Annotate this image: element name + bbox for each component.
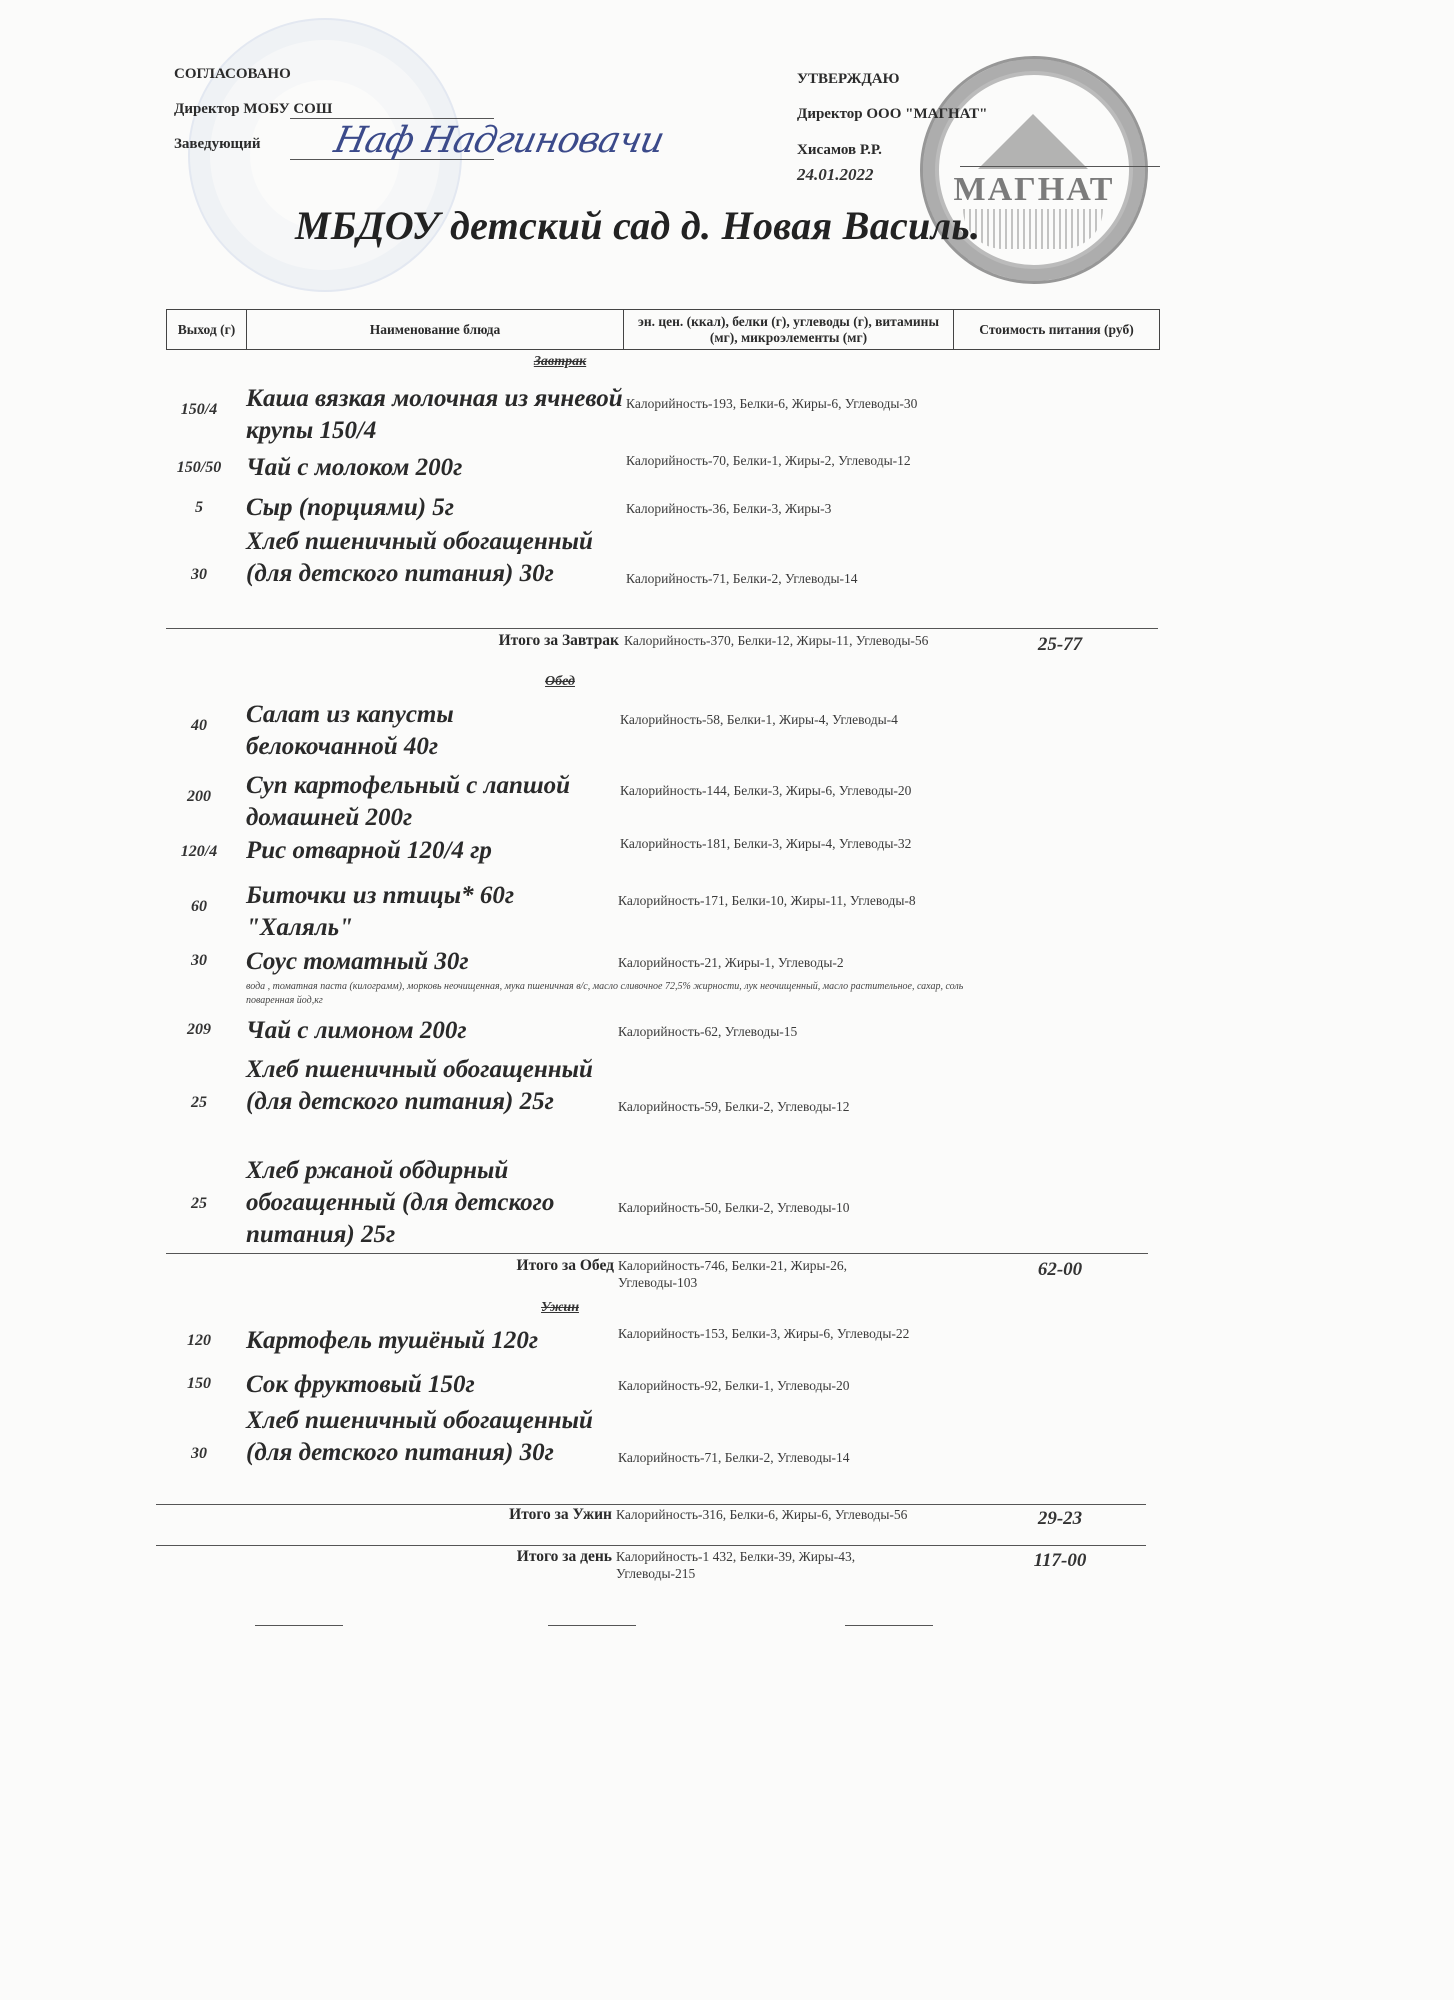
- total-cost: 62-00: [1010, 1259, 1110, 1281]
- total-cost: 29-23: [1010, 1508, 1110, 1530]
- item-composition: вода , томатная паста (килограмм), морко…: [246, 980, 966, 1008]
- item-qty: 5: [166, 499, 232, 517]
- total-label: Итого за Обед: [517, 1257, 614, 1275]
- approval-right-line1: Директор ООО "МАГНАТ": [797, 106, 988, 123]
- mountain-emblem-icon: [978, 114, 1088, 169]
- approval-date: 24.01.2022: [797, 165, 874, 185]
- item-name: Картофель тушёный 120г: [246, 1325, 646, 1357]
- total-nutrition: Калорийность-370, Белки-12, Жиры-11, Угл…: [624, 632, 934, 649]
- item-name: Салат из капусты белокочанной 40г: [246, 699, 606, 763]
- item-qty: 120/4: [166, 843, 232, 861]
- handwritten-signature: Наф Надгиновачи: [331, 120, 668, 161]
- section-divider: [156, 1504, 1146, 1505]
- item-nutrition: Калорийность-62, Углеводы-15: [618, 1023, 918, 1040]
- blank-signature-line: [255, 1625, 343, 1626]
- item-name: Рис отварной 120/4 гр: [246, 835, 646, 867]
- item-nutrition: Калорийность-58, Белки-1, Жиры-4, Углево…: [620, 711, 920, 728]
- item-nutrition: Калорийность-193, Белки-6, Жиры-6, Углев…: [626, 395, 926, 412]
- item-name: Сыр (порциями) 5г: [246, 492, 646, 524]
- item-name: Суп картофельный с лапшой домашней 200г: [246, 770, 616, 834]
- item-qty: 25: [166, 1195, 232, 1213]
- item-nutrition: Калорийность-21, Жиры-1, Углеводы-2: [618, 954, 958, 971]
- section-divider: [166, 1253, 1148, 1254]
- section-divider: [166, 628, 1158, 629]
- item-nutrition: Калорийность-92, Белки-1, Углеводы-20: [618, 1377, 918, 1394]
- item-nutrition: Калорийность-59, Белки-2, Углеводы-12: [618, 1098, 918, 1115]
- column-header-qty: Выход (г): [167, 310, 247, 349]
- total-cost: 117-00: [1010, 1550, 1110, 1572]
- item-qty: 30: [166, 952, 232, 970]
- total-label: Итого за Завтрак: [499, 632, 619, 650]
- item-qty: 150/4: [166, 401, 232, 419]
- item-qty: 60: [166, 898, 232, 916]
- item-name: Хлеб пшеничный обогащенный (для детского…: [246, 526, 606, 590]
- approval-right-heading: УТВЕРЖДАЮ: [797, 71, 900, 88]
- section-lunch: Обед: [500, 674, 620, 690]
- section-dinner: Ужин: [500, 1300, 620, 1316]
- item-nutrition: Калорийность-144, Белки-3, Жиры-6, Углев…: [620, 782, 920, 799]
- item-name: Хлеб пшеничный обогащенный (для детского…: [246, 1405, 606, 1469]
- item-qty: 200: [166, 788, 232, 806]
- item-nutrition: Калорийность-153, Белки-3, Жиры-6, Углев…: [618, 1325, 918, 1342]
- item-nutrition: Калорийность-171, Белки-10, Жиры-11, Угл…: [618, 892, 918, 909]
- item-nutrition: Калорийность-71, Белки-2, Углеводы-14: [618, 1449, 918, 1466]
- item-qty: 25: [166, 1094, 232, 1112]
- item-nutrition: Калорийность-36, Белки-3, Жиры-3: [626, 500, 926, 517]
- blank-signature-line: [548, 1625, 636, 1626]
- page-title: МБДОУ детский сад д. Новая Василь.: [295, 202, 980, 249]
- item-qty: 30: [166, 566, 232, 584]
- stamp-fan-decoration: [963, 209, 1103, 249]
- item-nutrition: Калорийность-181, Белки-3, Жиры-4, Углев…: [620, 835, 920, 852]
- approval-left-line1: Директор МОБУ СОШ: [174, 101, 332, 118]
- item-qty: 120: [166, 1332, 232, 1350]
- item-nutrition: Калорийность-70, Белки-1, Жиры-2, Углево…: [626, 452, 926, 469]
- item-name: Биточки из птицы* 60г "Халяль": [246, 880, 586, 944]
- table-header: Выход (г) Наименование блюда эн. цен. (к…: [166, 309, 1160, 350]
- total-nutrition: Калорийность-316, Белки-6, Жиры-6, Углев…: [616, 1506, 926, 1523]
- item-qty: 150: [166, 1375, 232, 1393]
- item-name: Сок фруктовый 150г: [246, 1369, 646, 1401]
- column-header-cost: Стоимость питания (руб): [954, 310, 1159, 349]
- total-nutrition: Калорийность-746, Белки-21, Жиры-26, Угл…: [618, 1257, 928, 1291]
- total-label: Итого за Ужин: [509, 1506, 612, 1524]
- section-breakfast: Завтрак: [500, 354, 620, 370]
- item-qty: 40: [166, 717, 232, 735]
- item-name: Соус томатный 30г: [246, 946, 646, 978]
- column-header-nutrition: эн. цен. (ккал), белки (г), углеводы (г)…: [624, 310, 954, 349]
- approval-left-line2: Заведующий: [174, 136, 260, 153]
- approval-right-sigline: [960, 166, 1160, 167]
- item-nutrition: Калорийность-50, Белки-2, Углеводы-10: [618, 1199, 918, 1216]
- blank-signature-line: [845, 1625, 933, 1626]
- column-header-name: Наименование блюда: [247, 310, 624, 349]
- item-qty: 30: [166, 1445, 232, 1463]
- item-name: Чай с лимоном 200г: [246, 1015, 646, 1047]
- section-divider: [156, 1545, 1146, 1546]
- item-name: Чай с молоком 200г: [246, 452, 646, 484]
- approval-left-heading: СОГЛАСОВАНО: [174, 66, 291, 83]
- item-nutrition: Калорийность-71, Белки-2, Углеводы-14: [626, 570, 926, 587]
- item-qty: 150/50: [166, 459, 232, 477]
- approval-right-line2: Хисамов Р.Р.: [797, 142, 882, 159]
- total-label: Итого за день: [517, 1548, 612, 1566]
- total-cost: 25-77: [1010, 634, 1110, 656]
- item-name: Хлеб пшеничный обогащенный (для детского…: [246, 1054, 606, 1118]
- magnat-company-stamp: МАГНАТ: [920, 56, 1148, 284]
- item-name: Каша вязкая молочная из ячневой крупы 15…: [246, 383, 626, 447]
- item-qty: 209: [166, 1021, 232, 1039]
- signature-line-top: [290, 118, 494, 119]
- item-name: Хлеб ржаной обдирный обогащенный (для де…: [246, 1155, 606, 1251]
- total-nutrition: Калорийность-1 432, Белки-39, Жиры-43, У…: [616, 1548, 926, 1582]
